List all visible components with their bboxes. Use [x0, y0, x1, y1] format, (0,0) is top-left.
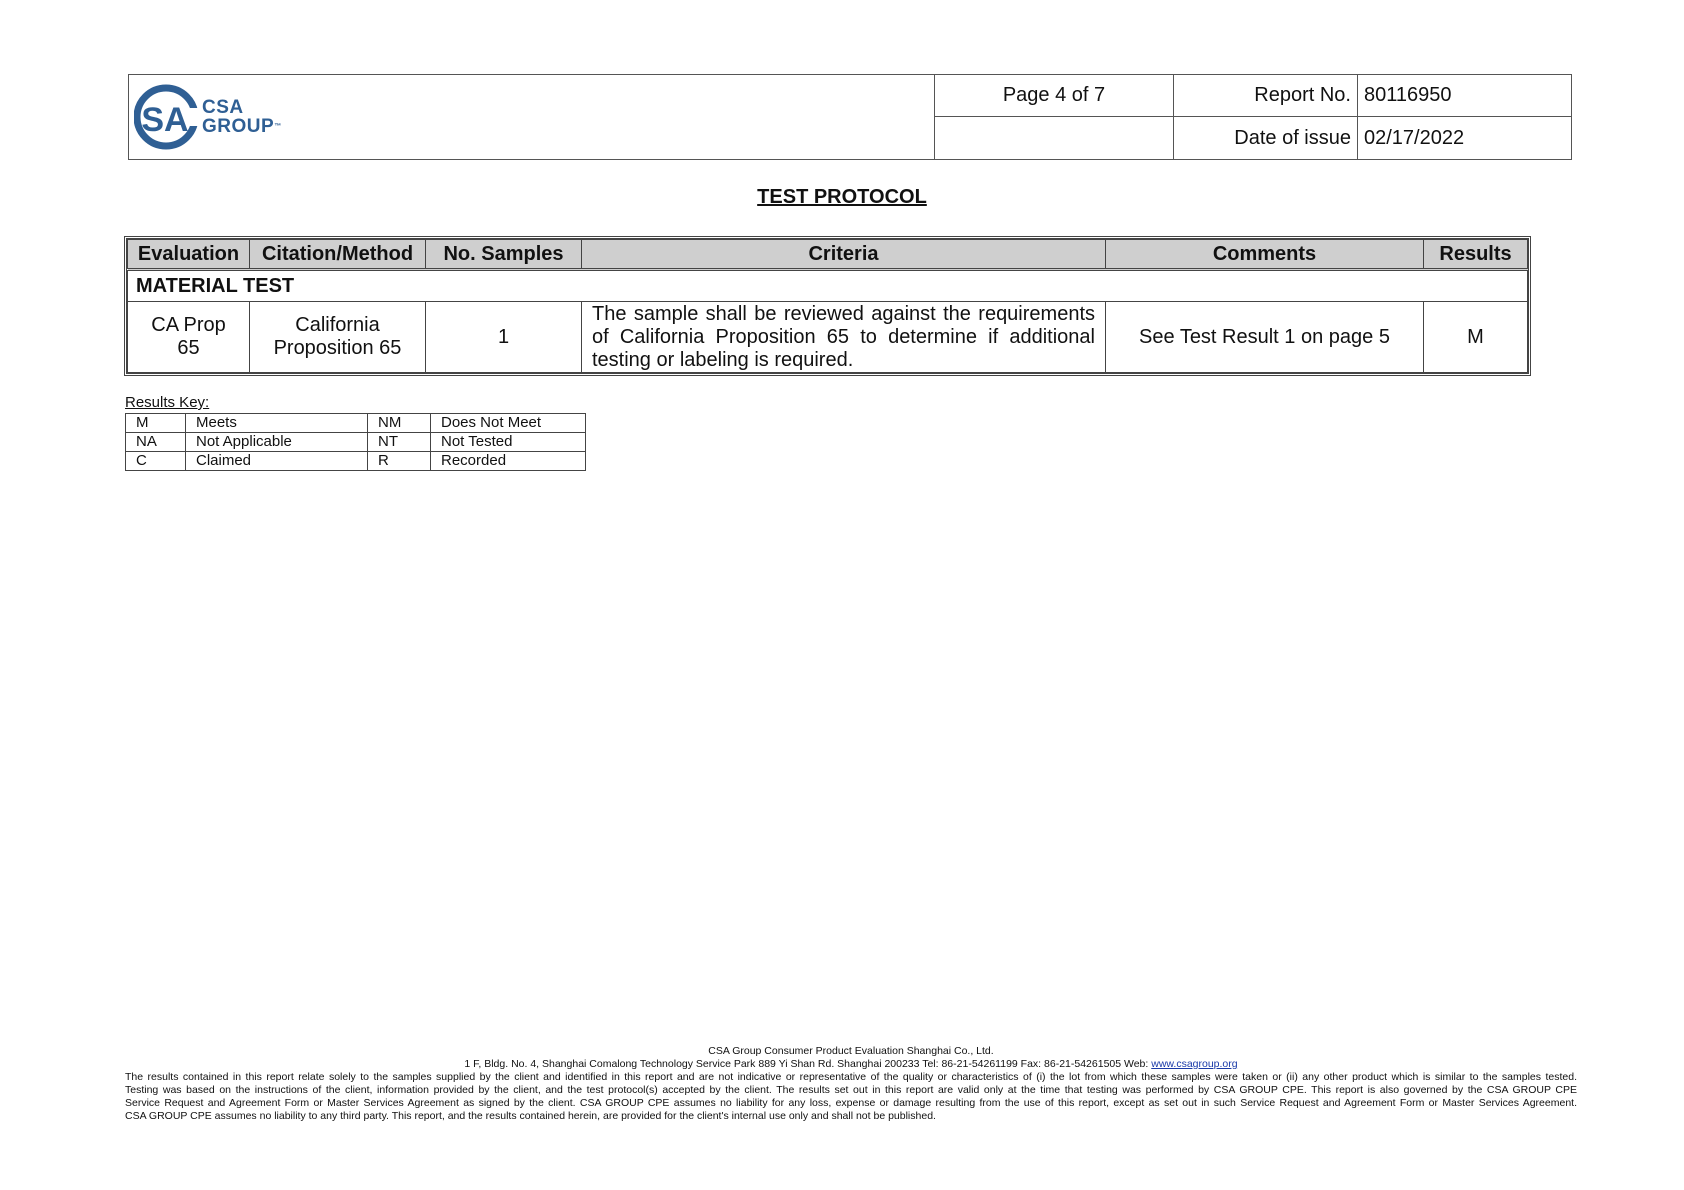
- logo-trademark: ™: [274, 123, 282, 130]
- key-meaning: Recorded: [431, 452, 586, 471]
- col-comments: Comments: [1106, 240, 1424, 270]
- col-criteria: Criteria: [582, 240, 1106, 270]
- date-of-issue-value: 02/17/2022: [1358, 117, 1571, 159]
- cell-result: M: [1424, 302, 1528, 373]
- cell-evaluation: CA Prop 65: [128, 302, 250, 373]
- key-row: M Meets NM Does Not Meet: [126, 414, 586, 433]
- col-results: Results: [1424, 240, 1528, 270]
- footer-company: CSA Group Consumer Product Evaluation Sh…: [125, 1045, 1577, 1058]
- key-meaning: Not Tested: [431, 433, 586, 452]
- logo-wordmark: CSA GROUP™: [202, 98, 282, 136]
- test-protocol-table: Evaluation Citation/Method No. Samples C…: [124, 236, 1531, 376]
- cell-criteria: The sample shall be reviewed against the…: [582, 302, 1106, 373]
- date-of-issue-label: Date of issue: [1174, 117, 1358, 159]
- table-row: CA Prop 65 California Proposition 65 1 T…: [128, 302, 1528, 373]
- results-key-label: Results Key:: [125, 394, 209, 411]
- key-code: R: [368, 452, 431, 471]
- website-link[interactable]: www.csagroup.org: [1151, 1058, 1237, 1070]
- blank-cell: [935, 117, 1174, 159]
- footer: CSA Group Consumer Product Evaluation Sh…: [125, 1045, 1577, 1123]
- key-meaning: Claimed: [186, 452, 368, 471]
- report-no-value: 80116950: [1358, 75, 1571, 117]
- col-evaluation: Evaluation: [128, 240, 250, 270]
- page-number: Page 4 of 7: [935, 75, 1174, 117]
- key-row: C Claimed R Recorded: [126, 452, 586, 471]
- logo-line2: GROUP: [202, 116, 274, 137]
- footer-address-text: 1 F, Bldg. No. 4, Shanghai Comalong Tech…: [464, 1058, 1151, 1070]
- key-code: NT: [368, 433, 431, 452]
- logo-line1: CSA: [202, 98, 282, 117]
- section-row: MATERIAL TEST: [128, 270, 1528, 302]
- key-meaning: Not Applicable: [186, 433, 368, 452]
- key-code: NA: [126, 433, 186, 452]
- cell-samples: 1: [426, 302, 582, 373]
- col-citation-method: Citation/Method: [250, 240, 426, 270]
- footer-disclaimer-3: Service Request and Agreement Form or Ma…: [125, 1097, 1577, 1110]
- svg-text:SA: SA: [141, 101, 188, 139]
- cell-citation: California Proposition 65: [250, 302, 426, 373]
- key-code: C: [126, 452, 186, 471]
- footer-disclaimer-1: The results contained in this report rel…: [125, 1071, 1577, 1084]
- key-code: M: [126, 414, 186, 433]
- csa-group-logo: SA CSA GROUP™: [134, 82, 282, 152]
- page-title: TEST PROTOCOL: [0, 186, 1684, 209]
- report-header: SA CSA GROUP™ Page 4 of 7 Report No. 801…: [128, 74, 1572, 160]
- cell-comments: See Test Result 1 on page 5: [1106, 302, 1424, 373]
- footer-address: 1 F, Bldg. No. 4, Shanghai Comalong Tech…: [125, 1058, 1577, 1071]
- key-code: NM: [368, 414, 431, 433]
- footer-disclaimer-2: Testing was based on the instructions of…: [125, 1084, 1577, 1097]
- key-meaning: Does Not Meet: [431, 414, 586, 433]
- logo-cell: SA CSA GROUP™: [129, 75, 935, 159]
- csa-logo-icon: SA: [134, 82, 198, 152]
- report-no-label: Report No.: [1174, 75, 1358, 117]
- section-material-test: MATERIAL TEST: [128, 270, 1528, 302]
- results-key-table: M Meets NM Does Not Meet NA Not Applicab…: [125, 413, 586, 471]
- key-meaning: Meets: [186, 414, 368, 433]
- key-row: NA Not Applicable NT Not Tested: [126, 433, 586, 452]
- footer-disclaimer-4: CSA GROUP CPE assumes no liability to an…: [125, 1110, 1577, 1123]
- col-no-samples: No. Samples: [426, 240, 582, 270]
